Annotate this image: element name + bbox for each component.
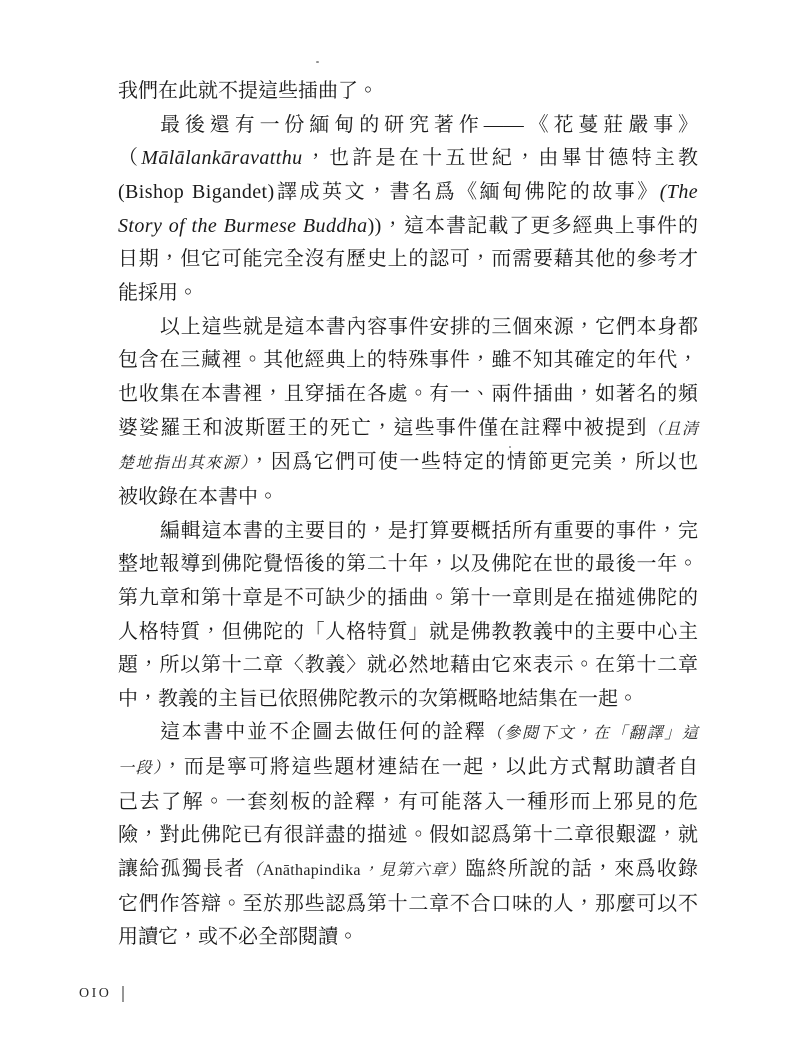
text-line: 人格特質，但佛陀的「人格特質」就是佛教教義中的主要中心主 <box>118 616 698 650</box>
text-line: 己去了解。一套刻板的詮釋，有可能落入一種形而上邪見的危 <box>118 786 698 820</box>
book-page: 我們在此就不提這些插曲了。最後還有一份緬甸的研究著作——《花蔓莊嚴事》（Mālā… <box>0 0 792 1056</box>
text-segment: Mālālankāravatthu <box>141 147 302 169</box>
text-line: 題，所以第十二章〈教義〉就必然地藉由它來表示。在第十二章 <box>118 649 698 683</box>
text-line: 整地報導到佛陀覺悟後的第二十年，以及佛陀在世的最後一年。 <box>118 548 698 582</box>
text-line: 日期，但它可能完全沒有歷史上的認可，而需要藉其他的參考才 <box>118 243 698 277</box>
text-segment: ，因爲它們可使一些特定的情節更完美，所以也 <box>249 451 698 473</box>
text-segment: 一段） <box>118 760 162 777</box>
text-segment: 包含在三藏裡。其他經典上的特殊事件，雖不知其確定的年代， <box>118 349 698 371</box>
text-segment: 中，教義的主旨已依照佛陀教示的次第概略地結集在一起。 <box>118 688 638 710</box>
text-segment: 它們作答辯。至於那些認爲第十二章不合口味的人，那麼可以不 <box>118 893 698 915</box>
text-segment: )) <box>368 215 382 237</box>
text-line: Story of the Burmese Buddha))，這本書記載了更多經典… <box>118 210 698 244</box>
text-block: 我們在此就不提這些插曲了。最後還有一份緬甸的研究著作——《花蔓莊嚴事》（Mālā… <box>118 75 698 955</box>
text-segment: 臨終所說的話，來爲收錄 <box>466 858 698 880</box>
scan-speck <box>509 446 511 448</box>
text-segment: 己去了解。一套刻板的詮釋，有可能落入一種形而上邪見的危 <box>118 791 698 813</box>
text-line: 用讀它，或不必全部閱讀。 <box>118 921 698 955</box>
text-segment: 讓給孤獨長者 <box>118 858 245 880</box>
text-segment: 被收錄在本書中。 <box>118 486 278 508</box>
text-segment: 編輯這本書的主要目的，是打算要概括所有重要的事件，完 <box>160 520 698 542</box>
text-segment: (The <box>660 181 698 203</box>
text-line: 讓給孤獨長者（Anāthapindika，見第六章）臨終所說的話，來爲收錄 <box>118 853 698 888</box>
text-line: 編輯這本書的主要目的，是打算要概括所有重要的事件，完 <box>118 515 698 549</box>
text-line: 能採用。 <box>118 277 698 311</box>
text-line: 第九章和第十章是不可缺少的插曲。第十一章則是在描述佛陀的 <box>118 582 698 616</box>
text-segment: 譯成英文，書名爲《緬甸佛陀的故事》 <box>275 181 660 203</box>
text-line: 最後還有一份緬甸的研究著作——《花蔓莊嚴事》 <box>118 109 698 143</box>
text-segment: ，也許是在十五世紀，由畢甘德特主教 <box>303 147 699 169</box>
text-segment: 這本書中並不企圖去做任何的詮釋 <box>160 721 487 743</box>
text-line: 也收集在本書裡，且穿插在各處。有一、兩件插曲，如著名的頻 <box>118 378 698 412</box>
text-line: 險，對此佛陀已有很詳盡的描述。假如認爲第十二章很艱澀，就 <box>118 819 698 853</box>
text-segment: （ <box>245 862 262 879</box>
text-segment: （ <box>118 147 141 169</box>
text-line: 婆娑羅王和波斯匿王的死亡，這些事件僅在註釋中被提到（且清 <box>118 412 698 447</box>
text-segment: 險，對此佛陀已有很詳盡的描述。假如認爲第十二章很艱澀，就 <box>118 824 698 846</box>
text-line: 中，教義的主旨已依照佛陀教示的次第概略地結集在一起。 <box>118 683 698 717</box>
text-line: 我們在此就不提這些插曲了。 <box>118 75 698 109</box>
text-line: 以上這些就是這本書內容事件安排的三個來源，它們本身都 <box>118 311 698 345</box>
text-segment: 題，所以第十二章〈教義〉就必然地藉由它來表示。在第十二章 <box>118 654 698 676</box>
text-segment: 人格特質，但佛陀的「人格特質」就是佛教教義中的主要中心主 <box>118 621 698 643</box>
text-segment: ，這本書記載了更多經典上事件的 <box>382 215 698 237</box>
text-line: 被收錄在本書中。 <box>118 481 698 515</box>
text-segment: 能採用。 <box>118 282 198 304</box>
text-segment: ，而是寧可將這些題材連結在一起，以此方式幫助讀者自 <box>162 756 698 778</box>
page-footer: OIO <box>79 986 124 1002</box>
text-segment: （且清 <box>648 421 698 438</box>
text-segment: （參閱下文，在「翻譯」這 <box>487 725 698 742</box>
page-number: OIO <box>79 986 111 1002</box>
text-line: (Bishop Bigandet)譯成英文，書名爲《緬甸佛陀的故事》(The <box>118 176 698 210</box>
text-line: 包含在三藏裡。其他經典上的特殊事件，雖不知其確定的年代， <box>118 344 698 378</box>
text-line: （Mālālankāravatthu，也許是在十五世紀，由畢甘德特主教 <box>118 142 698 176</box>
text-segment: 婆娑羅王和波斯匿王的死亡，這些事件僅在註釋中被提到 <box>118 417 648 439</box>
text-segment: 第九章和第十章是不可缺少的插曲。第十一章則是在描述佛陀的 <box>118 587 698 609</box>
text-segment: 楚地指出其來源） <box>118 455 249 472</box>
text-segment: 以上這些就是這本書內容事件安排的三個來源，它們本身都 <box>160 316 698 338</box>
text-segment: (Bishop Bigandet) <box>118 181 275 203</box>
text-segment: ，見第六章） <box>361 862 466 879</box>
text-line: 它們作答辯。至於那些認爲第十二章不合口味的人，那麼可以不 <box>118 888 698 922</box>
text-segment: 我們在此就不提這些插曲了。 <box>118 80 378 102</box>
text-segment: 也收集在本書裡，且穿插在各處。有一、兩件插曲，如著名的頻 <box>118 383 698 405</box>
text-segment: 整地報導到佛陀覺悟後的第二十年，以及佛陀在世的最後一年。 <box>118 553 698 575</box>
text-segment: 日期，但它可能完全沒有歷史上的認可，而需要藉其他的參考才 <box>118 248 698 270</box>
scan-speck <box>316 61 319 63</box>
text-line: 一段），而是寧可將這些題材連結在一起，以此方式幫助讀者自 <box>118 751 698 786</box>
text-segment: 用讀它，或不必全部閱讀。 <box>118 926 358 948</box>
text-segment: Anāthapindika <box>263 862 361 879</box>
text-segment: 最後還有一份緬甸的研究著作——《花蔓莊嚴事》 <box>160 114 698 136</box>
page-number-separator <box>122 986 124 1002</box>
text-line: 這本書中並不企圖去做任何的詮釋（參閱下文，在「翻譯」這 <box>118 716 698 751</box>
text-segment: Story of the Burmese Buddha <box>118 215 368 237</box>
text-line: 楚地指出其來源），因爲它們可使一些特定的情節更完美，所以也 <box>118 446 698 481</box>
